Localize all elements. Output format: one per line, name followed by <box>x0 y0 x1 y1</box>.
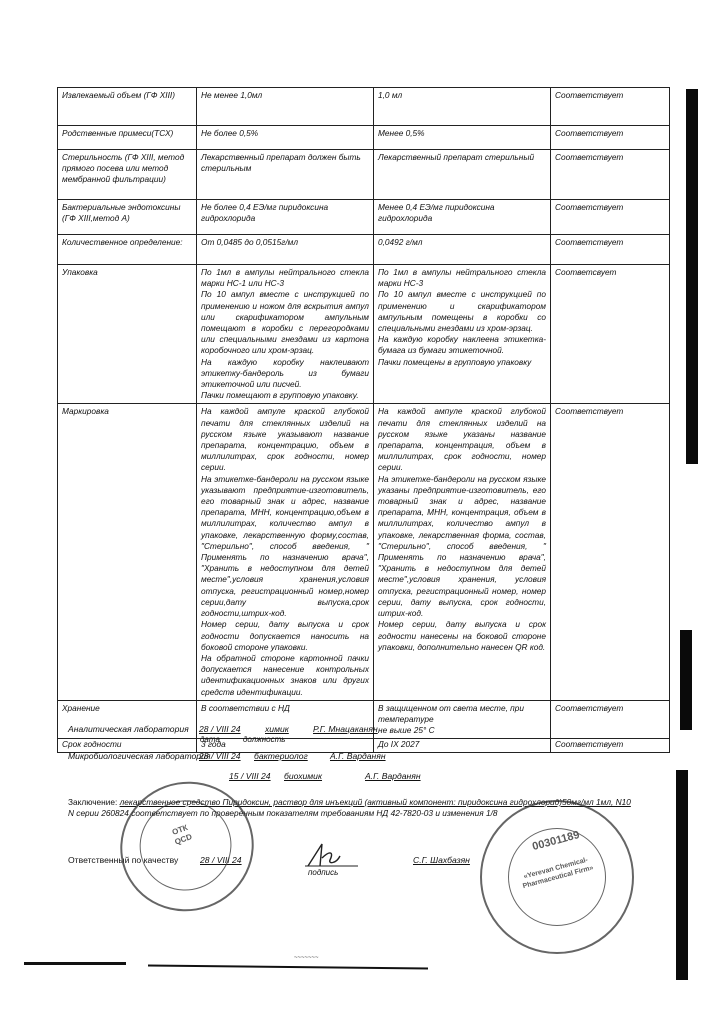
analytical-lab-label: Аналитическая лаборатория <box>68 724 189 734</box>
scan-edge-bar-mid <box>680 630 692 730</box>
table-row: Бактериальные эндотоксины (ГФ XIII,метод… <box>58 200 670 235</box>
spec-table: Извлекаемый объем (ГФ XIII) Не менее 1,0… <box>57 87 670 753</box>
document-page: Извлекаемый объем (ГФ XIII) Не менее 1,0… <box>0 0 724 1024</box>
norm-cell: Не более 0,4 ЕЭ/мг пиридоксина гидрохлор… <box>197 200 374 235</box>
norm-cell: Лекарственный препарат должен быть стери… <box>197 150 374 200</box>
table-row: Стерильность (ГФ XIII, метод прямого пос… <box>58 150 670 200</box>
result-cell: 0,0492 г/мл <box>374 235 551 265</box>
norm-cell: От 0,0485 до 0,0515г/мл <box>197 235 374 265</box>
micro-lab-label: Микробиологическая лаборатория <box>68 751 210 761</box>
micro-position-1: бактериолог <box>254 751 308 761</box>
micro-date-1: 28 / VIII 24 <box>199 751 241 761</box>
norm-cell: Не менее 1,0мл <box>197 88 374 126</box>
verdict-cell: Соответствует <box>551 200 670 235</box>
footer-mark: ~~~~~~~ <box>294 955 319 961</box>
verdict-cell: Соответствует <box>551 700 670 739</box>
quality-name: С.Г. Шахбазян <box>413 855 470 865</box>
norm-cell: На каждой ампуле краской глубокой печати… <box>197 404 374 700</box>
analytical-position: химик <box>265 724 289 734</box>
table-row: Извлекаемый объем (ГФ XIII) Не менее 1,0… <box>58 88 670 126</box>
table-row: Упаковка По 1мл в ампулы нейтрального ст… <box>58 265 670 404</box>
result-cell: 1,0 мл <box>374 88 551 126</box>
table-row: Маркировка На каждой ампуле краской глуб… <box>58 404 670 700</box>
table-row: Количественное определение: От 0,0485 до… <box>58 235 670 265</box>
param-cell: Стерильность (ГФ XIII, метод прямого пос… <box>58 150 197 200</box>
param-cell: Бактериальные эндотоксины (ГФ XIII,метод… <box>58 200 197 235</box>
conclusion-label: Заключение: <box>68 797 117 807</box>
norm-cell: Не более 0,5% <box>197 126 374 150</box>
micro-name-2: А.Г. Варданян <box>365 771 421 781</box>
param-cell: Упаковка <box>58 265 197 404</box>
analytical-name: Р.Г. Мнацаканян <box>313 724 378 734</box>
bottom-rule-left <box>24 962 126 965</box>
handwritten-signature-icon <box>300 838 360 872</box>
verdict-cell: Соответствует <box>551 88 670 126</box>
scan-edge-bar-top <box>686 89 698 464</box>
verdict-cell: Соответствует <box>551 739 670 753</box>
scan-edge-bar-bottom <box>676 770 688 980</box>
result-cell: Лекарственный препарат стерильный <box>374 150 551 200</box>
sign-caption: подпись <box>308 868 338 877</box>
param-cell: Маркировка <box>58 404 197 700</box>
verdict-cell: Соответствует <box>551 126 670 150</box>
micro-position-2: биохимик <box>284 771 322 781</box>
bottom-rule-main <box>148 965 428 970</box>
verdict-cell: Соответствует <box>551 235 670 265</box>
micro-date-2: 15 / VIII 24 <box>229 771 271 781</box>
param-cell: Количественное определение: <box>58 235 197 265</box>
result-cell: Менее 0,5% <box>374 126 551 150</box>
position-caption: должность <box>243 735 285 744</box>
verdict-cell: Соответствует <box>551 150 670 200</box>
param-cell: Извлекаемый объем (ГФ XIII) <box>58 88 197 126</box>
table-row: Родственные примеси(ТСХ) Не более 0,5% М… <box>58 126 670 150</box>
otk-stamp: ОТК QCD <box>102 763 272 930</box>
verdict-cell: Соответствует <box>551 404 670 700</box>
param-cell: Родственные примеси(ТСХ) <box>58 126 197 150</box>
result-cell: По 1мл в ампулы нейтрального стекла марк… <box>374 265 551 404</box>
result-cell: На каждой ампуле краской глубокой печати… <box>374 404 551 700</box>
result-cell: Менее 0,4 ЕЭ/мг пиридоксина гидрохлорида <box>374 200 551 235</box>
date-caption: дата <box>200 735 220 744</box>
result-cell: До IX 2027 <box>374 739 551 753</box>
result-cell: В защищенном от света месте, при темпера… <box>374 700 551 739</box>
verdict-cell: Соответсвует <box>551 265 670 404</box>
norm-cell: По 1мл в ампулы нейтрального стекла марк… <box>197 265 374 404</box>
micro-name-1: А.Г. Варданян <box>330 751 386 761</box>
company-seal-stamp: 00301189 «Yerevan Chemical-Pharmaceutica… <box>480 800 634 954</box>
analytical-date: 28 / VIII 24 <box>199 724 241 734</box>
